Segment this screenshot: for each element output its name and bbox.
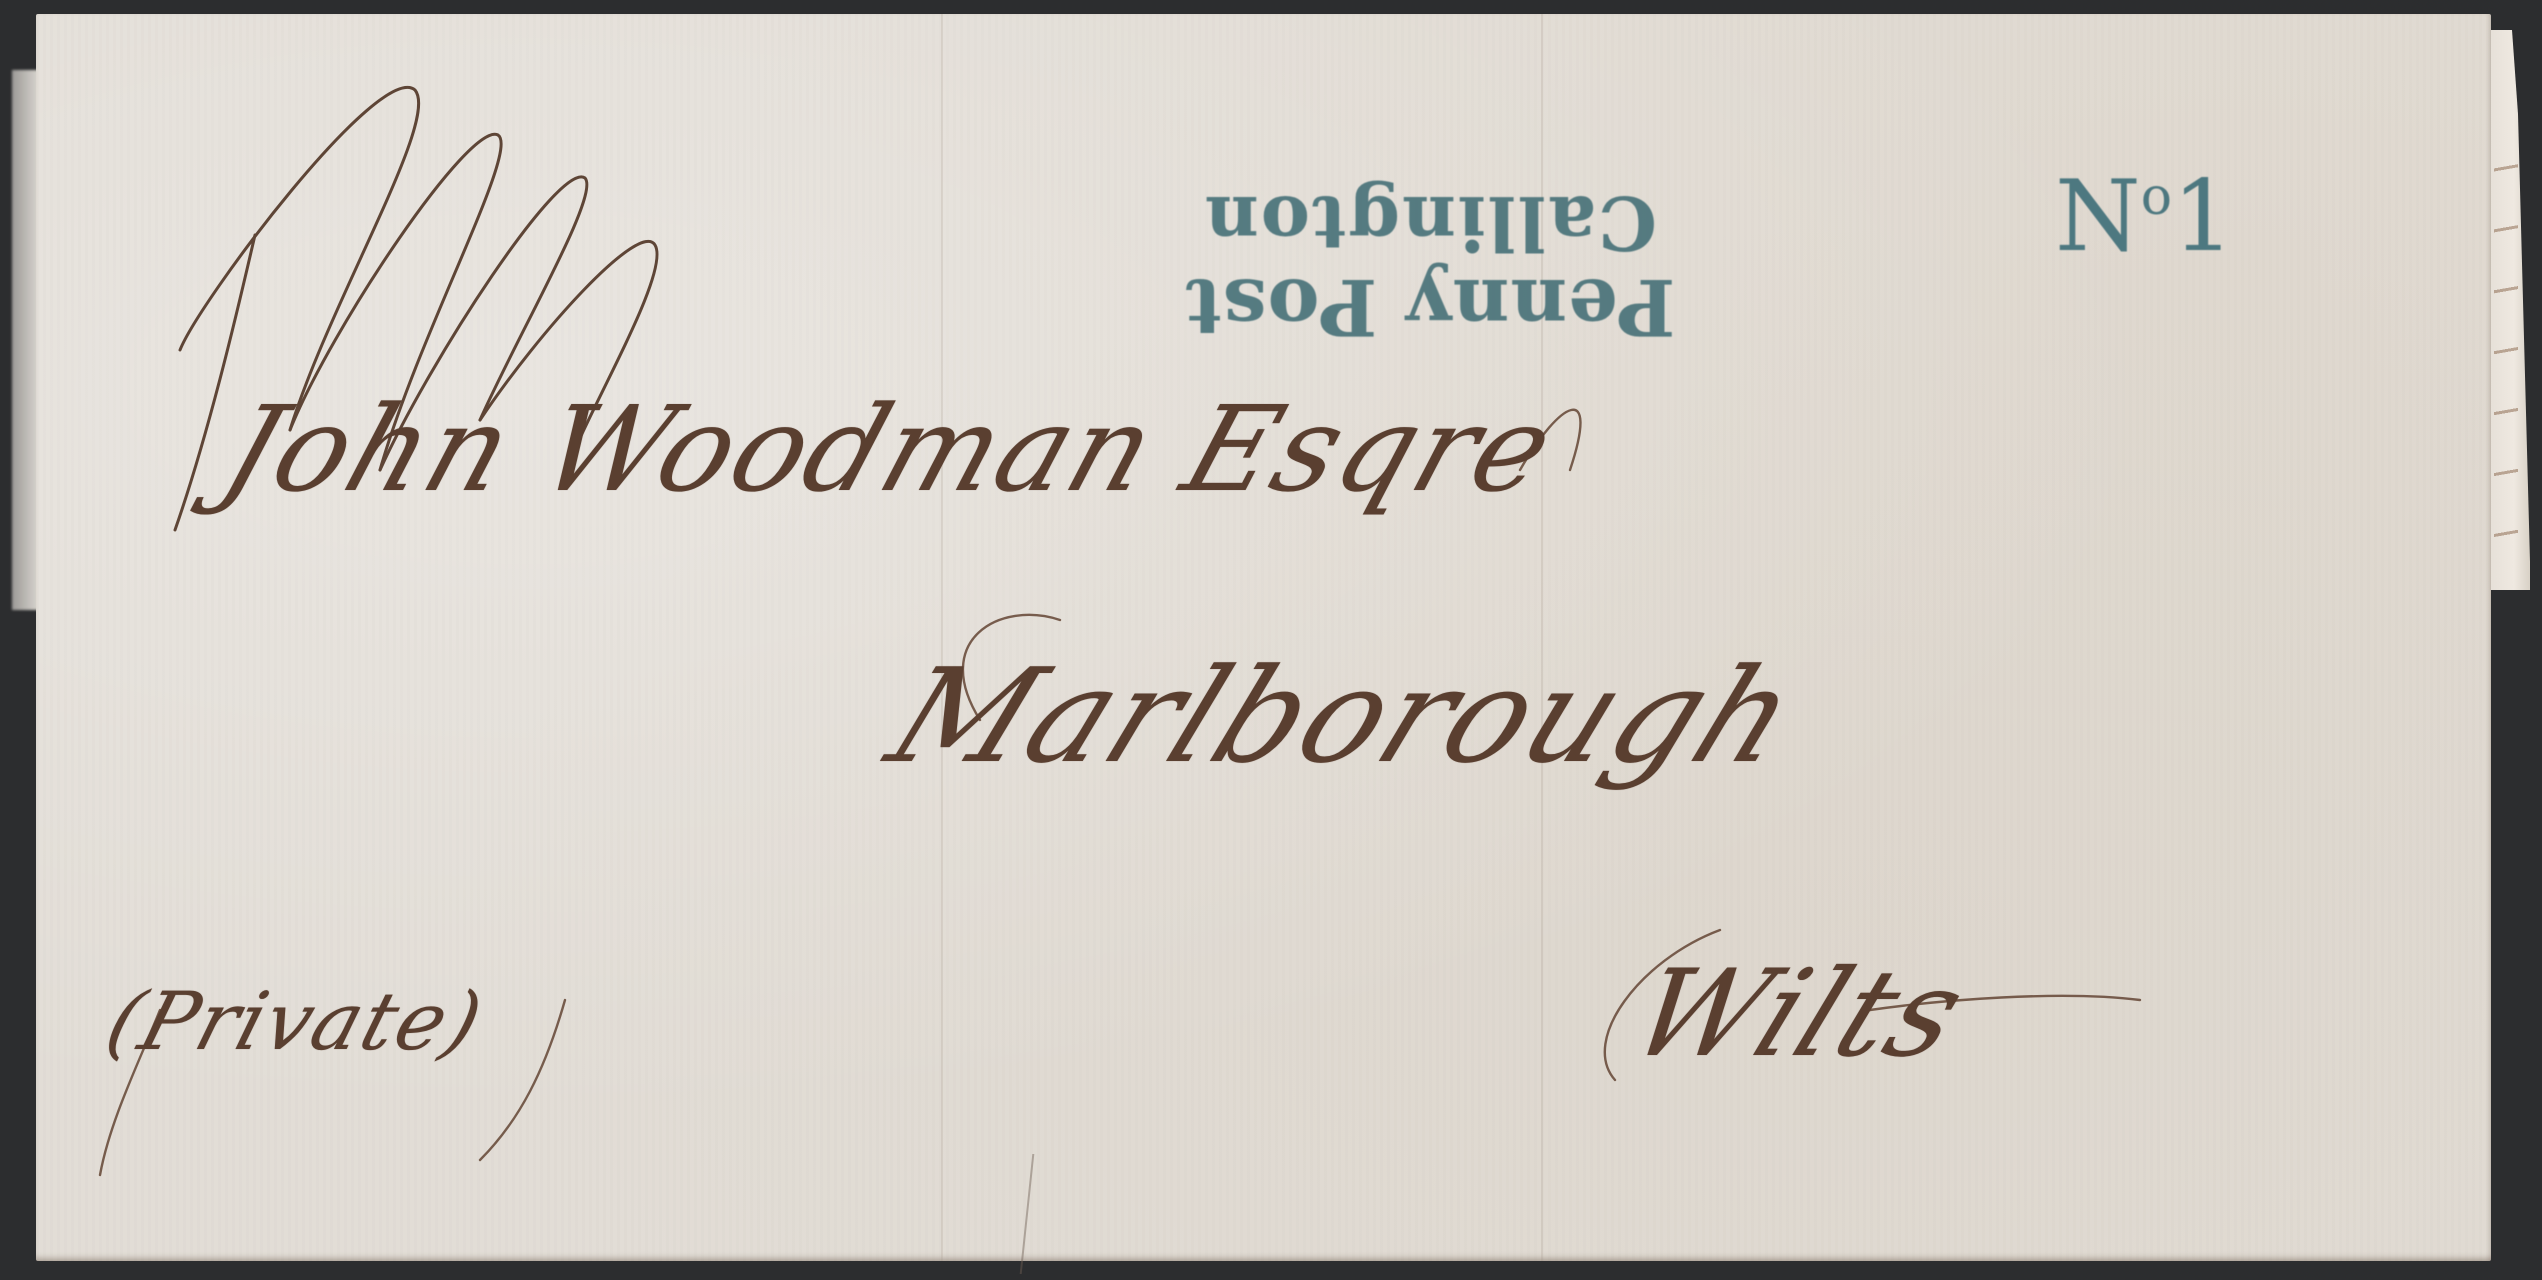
receiving-mark-prefix: N <box>2055 160 2141 274</box>
paper-tear <box>1020 1154 1049 1274</box>
address-county: Wilts <box>1612 945 1986 1084</box>
receiving-mark-number: 1 <box>2172 160 2234 274</box>
receiving-number-mark: No1 <box>2055 160 2234 274</box>
addressee-name: John Woodman Esqre <box>208 380 1572 518</box>
callington-penny-post-handstamp: Penny Post Callington <box>1130 150 1730 350</box>
address-town: Marlborough <box>869 640 1819 792</box>
inner-sheet-writing <box>2494 140 2518 560</box>
handstamp-line-1: Penny Post <box>1130 262 1730 350</box>
private-annotation: (Private) <box>97 975 494 1068</box>
handstamp-line-2: Callington <box>1130 182 1730 262</box>
receiving-mark-superscript: o <box>2141 167 2172 227</box>
fold-line <box>941 14 943 1261</box>
